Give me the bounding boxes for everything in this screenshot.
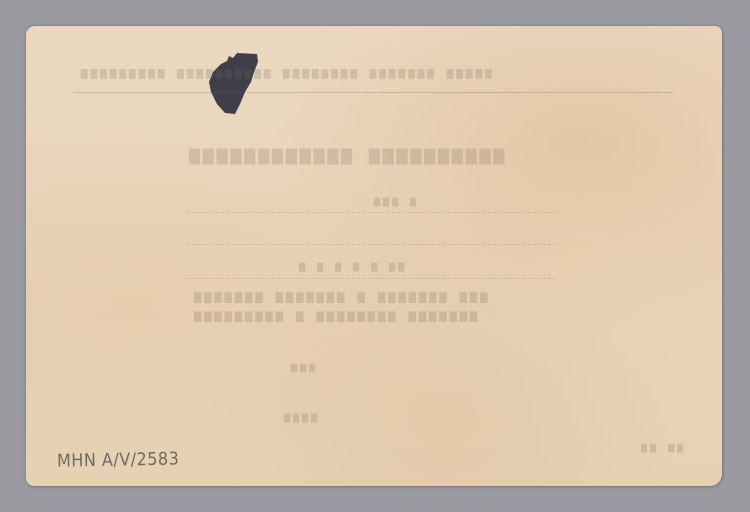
field-rule-1 xyxy=(186,212,556,213)
show-through-field-1: ▆ ▆▆▆ xyxy=(371,196,416,207)
show-through-header: ▆▆▆▆▆ ▆▆▆▆▆▆▆ ▆▆▆▆▆▆▆▆ ▆▆▆▆▆▆▆▆▆▆ ▆▆▆▆▆▆… xyxy=(78,66,492,79)
show-through-body-2: ▆▆▆▆▆▆▆ ▆▆▆▆▆▆▆▆ ▆ ▆▆▆▆▆▆▆▆▆ xyxy=(191,308,477,322)
show-through-mark-1: ▆▆▆ xyxy=(288,362,315,373)
show-through-mark-2: ▆▆▆▆ xyxy=(281,412,317,423)
ink-stain xyxy=(207,52,259,114)
header-rule xyxy=(74,92,674,93)
show-through-corner-mark: ▆▆ ▆▆ xyxy=(638,442,683,453)
card: ▆▆▆▆▆ ▆▆▆▆▆▆▆ ▆▆▆▆▆▆▆▆ ▆▆▆▆▆▆▆▆▆▆ ▆▆▆▆▆▆… xyxy=(26,26,722,486)
field-rule-2 xyxy=(186,244,556,245)
catalog-inscription: MHN A/V/2583 xyxy=(57,448,180,471)
field-rule-3 xyxy=(186,278,556,279)
show-through-field-2: ▆▆ ▆ ▆ ▆ ▆ ▆ xyxy=(296,261,404,272)
show-through-body-1: ▆▆▆ ▆▆▆▆▆▆▆ ▆ ▆▆▆▆▆▆▆ ▆▆▆▆▆▆▆ xyxy=(191,289,488,303)
show-through-title: ▆▆▆▆▆▆▆▆▆▆ ▆▆▆▆▆▆▆▆▆▆▆▆ xyxy=(186,144,504,165)
